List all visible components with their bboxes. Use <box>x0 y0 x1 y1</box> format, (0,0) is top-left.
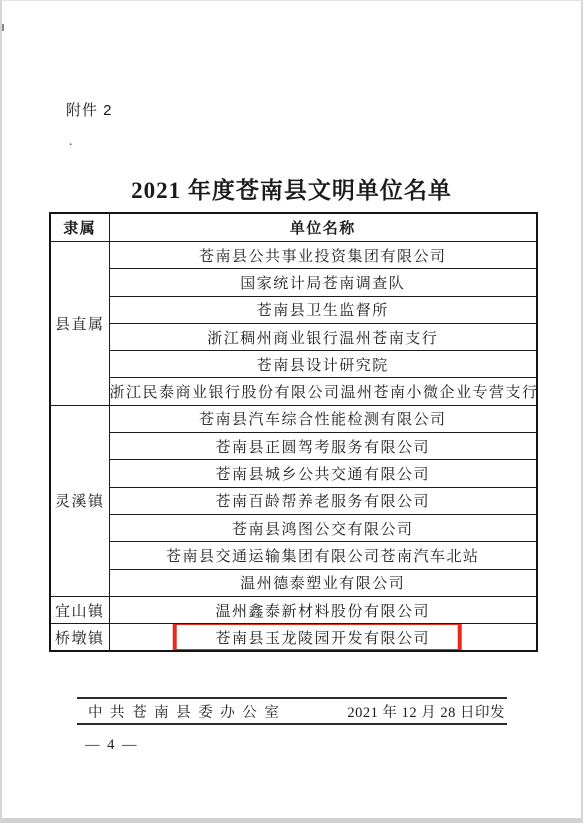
unit-name-cell: 苍南县正圆驾考服务有限公司 <box>109 433 537 460</box>
unit-name-cell: 苍南县汽车综合性能检测有限公司 <box>109 405 537 432</box>
table-row: 温州德泰塑业有限公司 <box>50 569 537 596</box>
unit-name-cell: 浙江稠州商业银行温州苍南支行 <box>109 323 537 350</box>
table-row: 苍南县鸿图公交有限公司 <box>50 514 537 541</box>
unit-name-cell: 苍南县交通运输集团有限公司苍南汽车北站 <box>109 542 537 569</box>
table-row: 苍南县正圆驾考服务有限公司 <box>50 433 537 460</box>
unit-name-cell: 国家统计局苍南调查队 <box>109 269 537 296</box>
affiliation-cell: 宜山镇 <box>50 596 109 623</box>
table-row: 浙江民泰商业银行股份有限公司温州苍南小微企业专营支行 <box>50 378 537 405</box>
issue-date: 2021 年 12 月 28 日印发 <box>347 701 505 722</box>
unit-name: 苍南县汽车综合性能检测有限公司 <box>199 412 447 428</box>
affiliation-cell: 县直属 <box>50 242 109 406</box>
unit-name: 苍南县交通运输集团有限公司苍南汽车北站 <box>166 549 480 565</box>
unit-name: 苍南县玉龙陵园开发有限公司 <box>215 631 430 647</box>
unit-name-cell: 温州德泰塑业有限公司 <box>109 569 537 596</box>
unit-name-cell: 苍南县设计研究院 <box>109 351 537 378</box>
unit-name: 浙江民泰商业银行股份有限公司温州苍南小微企业专营支行 <box>110 385 538 401</box>
table-row: 国家统计局苍南调查队 <box>50 269 537 296</box>
imprint-footer: 中共苍南县委办公室 2021 年 12 月 28 日印发 <box>77 697 507 725</box>
unit-name-cell: 浙江民泰商业银行股份有限公司温州苍南小微企业专营支行 <box>109 378 537 405</box>
unit-name-cell: 苍南县公共事业投资集团有限公司 <box>109 242 537 269</box>
unit-name: 苍南县公共事业投资集团有限公司 <box>199 249 447 265</box>
unit-name: 苍南百龄帮养老服务有限公司 <box>215 494 430 510</box>
unit-name: 苍南县设计研究院 <box>257 358 389 374</box>
affiliation-cell: 灵溪镇 <box>50 405 109 596</box>
unit-name-cell: 苍南县玉龙陵园开发有限公司 <box>109 624 537 652</box>
table-row: 苍南县设计研究院 <box>50 351 537 378</box>
stray-dot-mark: . <box>69 134 73 150</box>
unit-name-cell: 苍南县卫生监督所 <box>109 296 537 323</box>
document-page: 附件 2 . 2021 年度苍南县文明单位名单 隶属 单位名称 县直属苍南县公共… <box>0 0 583 823</box>
unit-name-cell: 苍南县鸿图公交有限公司 <box>109 514 537 541</box>
table-row: 苍南县城乡公共交通有限公司 <box>50 460 537 487</box>
table-row: 浙江稠州商业银行温州苍南支行 <box>50 323 537 350</box>
table-row: 桥墩镇苍南县玉龙陵园开发有限公司 <box>50 624 537 652</box>
unit-name-cell: 苍南县城乡公共交通有限公司 <box>109 460 537 487</box>
attachment-label: 附件 2 <box>66 99 113 120</box>
page-number: — 4 — <box>85 737 139 754</box>
unit-name: 苍南县鸿图公交有限公司 <box>232 522 414 538</box>
unit-name: 国家统计局苍南调查队 <box>240 276 405 292</box>
unit-name-cell: 温州鑫泰新材料股份有限公司 <box>109 596 537 623</box>
issuing-office: 中共苍南县委办公室 <box>88 701 286 722</box>
column-header-affiliation: 隶属 <box>50 213 109 242</box>
affiliation-cell: 桥墩镇 <box>50 624 109 652</box>
unit-name: 苍南县城乡公共交通有限公司 <box>215 467 430 483</box>
table-row: 苍南百龄帮养老服务有限公司 <box>50 487 537 514</box>
page-title: 2021 年度苍南县文明单位名单 <box>2 172 581 205</box>
table-header-row: 隶属 单位名称 <box>50 213 537 242</box>
table-row: 县直属苍南县公共事业投资集团有限公司 <box>50 242 537 269</box>
table-row: 灵溪镇苍南县汽车综合性能检测有限公司 <box>50 405 537 432</box>
table-body: 县直属苍南县公共事业投资集团有限公司国家统计局苍南调查队苍南县卫生监督所浙江稠州… <box>50 242 537 652</box>
table-row: 苍南县卫生监督所 <box>50 296 537 323</box>
unit-name: 温州德泰塑业有限公司 <box>240 576 405 592</box>
unit-name-cell: 苍南百龄帮养老服务有限公司 <box>109 487 537 514</box>
table-row: 苍南县交通运输集团有限公司苍南汽车北站 <box>50 542 537 569</box>
unit-name: 苍南县卫生监督所 <box>257 303 389 319</box>
civilized-units-table: 隶属 单位名称 县直属苍南县公共事业投资集团有限公司国家统计局苍南调查队苍南县卫… <box>49 212 538 652</box>
unit-name: 温州鑫泰新材料股份有限公司 <box>215 604 430 620</box>
scan-artifact <box>2 24 4 31</box>
unit-name: 浙江稠州商业银行温州苍南支行 <box>207 331 438 347</box>
unit-name: 苍南县正圆驾考服务有限公司 <box>215 440 430 456</box>
column-header-unit-name: 单位名称 <box>109 213 537 242</box>
table-row: 宜山镇温州鑫泰新材料股份有限公司 <box>50 596 537 623</box>
